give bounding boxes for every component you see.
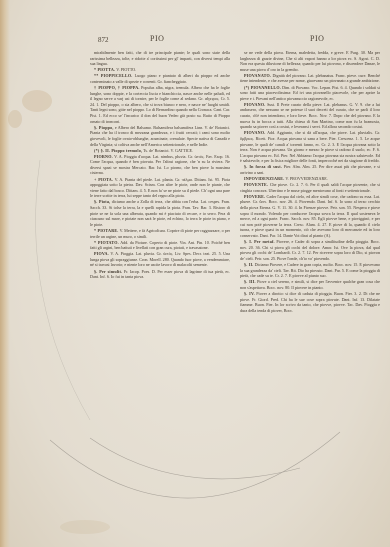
dictionary-entry: PIOVANO. Add. Aggiunto, che si dà all'ac… [240,130,380,164]
entry-headword: PIOVENTE. [244,182,268,187]
dictionary-entry: PIOVERE. Cader l'acqua dal cielo, ed alt… [240,194,380,239]
running-head-left: PIO [150,34,164,43]
dictionary-entry: + PIOTA. V. A. Pianta del piede. Lat. pl… [90,177,230,199]
entry-headword: PIOVANATO. [244,73,271,78]
entry-headword: † PIOPPO, † PIOPPA. [94,85,140,90]
entry-headword: PIORNO. [94,154,113,159]
entry-headword: §. Pioppo, [94,125,114,130]
dictionary-entry: † PIOPPO, † PIOPPA. Populus alba, nigra,… [90,85,230,124]
entry-definition: Populus alba, nigra, tremula. Albero che… [90,85,230,124]
entry-headword: §. Per simulit. [94,269,122,274]
dictionary-entry: PIOVANATO. Dignità del piovano. Lat. ple… [240,73,380,84]
entry-headword: * PIOTARE. [94,228,119,233]
dictionary-entry: PIOVA. V. A. Pioggia. Lat. pluvia. Gr. ὑ… [90,251,230,268]
entry-headword: INPOVIDENZIARE. [244,176,284,181]
dictionary-entry: §. Per simulit. Fr. Iacop. Poes. D. Per … [90,269,230,280]
entry-definition: V. A. Pioggia. Lat. pluvia. Gr. ὑετός. L… [90,251,230,267]
entry-definition: se ne vede della piova. Eterna, maledett… [240,50,380,72]
entry-headword: * PIOTATO. [94,240,119,245]
entry-headword: §. III. [244,279,256,284]
entry-definition: Cader l'acqua dal cielo, ed altre simili… [240,194,380,238]
dictionary-entry: mirabilmente ben fatti, che di tre princ… [90,50,230,67]
entry-headword: §. In forza di sust. [244,164,282,169]
dictionary-entry: §. IV. Piover a dirotto: si dice di cadu… [240,291,380,313]
right-column: se ne vede della piova. Eterna, maledett… [240,50,380,425]
entry-definition: Piover a dirotto: si dice di caduta di p… [240,291,380,313]
entry-definition: V. PIOTTO. [116,67,136,72]
entry-definition: Ts. de' Botanici. V. GATTICE. [143,148,193,153]
entry-headword: (*) §. II. Pioppo tremolo, [94,148,142,153]
entry-headword: PIOVANO. [244,130,265,135]
entry-definition: mirabilmente ben fatti, che di tre princ… [90,50,230,66]
dictionary-entry: §. In forza di sust. Pier. Alm. Alm. 25.… [240,164,380,175]
dictionary-entry: ** PIOPPICELLO. Luogo piano e piantato d… [90,73,230,84]
dictionary-entry: §. Piota, diciamo anche a Zolla di terra… [90,199,230,227]
dictionary-entry: §. III. Piove a ciel sereno, e simili, s… [240,279,380,290]
entry-definition: Diciamo Piovere, e Cadere in gran copia,… [240,262,380,278]
entry-headword: §. Piota, [94,199,110,204]
page-header: 872 PIO PIO [98,34,370,48]
page-number: 872 [98,36,109,44]
dictionary-entry: * PIOTATO. Add. da Piotare. Coperto di p… [90,240,230,251]
scanned-page: 872 PIO PIO mirabilmente ben fatti, che … [0,0,390,547]
dictionary-entry: §. Pioppo, e Albero del Balsamo. Balsami… [90,125,230,147]
entry-definition: V. PROVVEDENZIARE. [285,176,327,181]
dictionary-entry: PIOVANO. Sust. Il Prete curato della pie… [240,102,380,130]
entry-headword: PIOVA. [94,251,109,256]
entry-definition: diciamo anche a Zolla di terra, che abbi… [90,199,230,226]
entry-headword: §. II. [244,262,254,267]
dictionary-entry: §. I. Per metaf. Piovere, e Cader di sop… [240,239,380,261]
entry-headword: ** PIOPPICELLO. [94,73,132,78]
dictionary-entry: PIOVENTE. Che piove. Cr. 2. 7. 6. Per il… [240,182,380,193]
dictionary-entry: PIORNO. V. A. Pioggia d'acqua. Lat. nimb… [90,154,230,176]
entry-headword: PIOVANO. [244,102,265,107]
dictionary-entry: * PIOTARE. V. Mettere, e fà Agricoltura.… [90,228,230,239]
running-head-right: PIO [310,34,324,43]
left-column: mirabilmente ben fatti, che di tre princ… [90,50,230,410]
entry-definition: Add. Aggiunto, che si dà all'acqua, che … [240,130,380,163]
dictionary-entry: INPOVIDENZIARE. V. PROVVEDENZIARE. [240,176,380,182]
dictionary-entry: * PIOTTA. V. PIOTTO. [90,67,230,73]
dictionary-entry: (*) PIOVANELLO. Dim. di Piovano. Voc. Le… [240,85,380,102]
entry-headword: * PIOTTA. [94,67,115,72]
entry-headword: §. I. Per metaf. [244,239,275,244]
entry-definition: Piove a ciel sereno, e simili, si dice p… [240,279,380,290]
entry-headword: PIOVERE. [244,194,265,199]
dictionary-entry: (*) §. II. Pioppo tremolo, Ts. de' Botan… [90,148,230,154]
entry-headword: + PIOTA. [94,177,113,182]
dictionary-entry: §. II. Diciamo Piovere, e Cadere in gran… [240,262,380,279]
entry-headword: (*) PIOVANELLO. [244,85,281,90]
entry-headword: §. IV. [244,291,255,296]
dictionary-entry: se ne vede della piova. Eterna, maledett… [240,50,380,72]
